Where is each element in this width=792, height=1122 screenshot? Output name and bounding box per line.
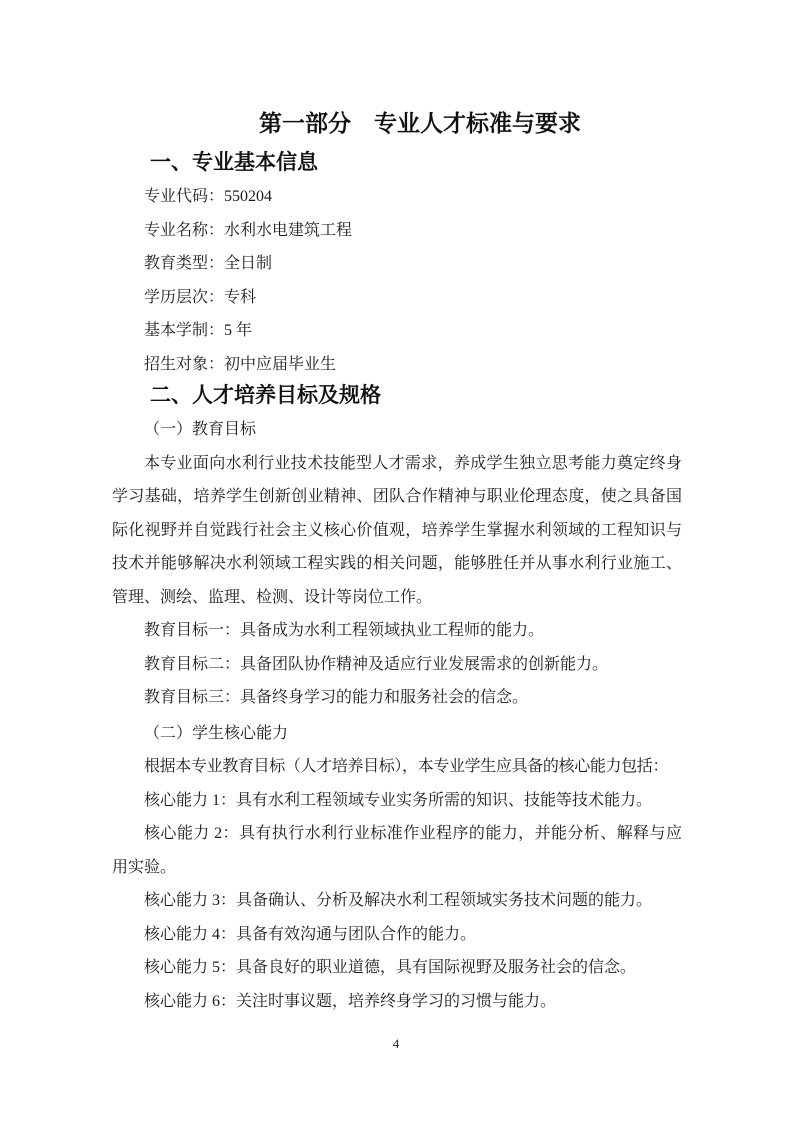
core-ability-2: 核心能力 2：具有执行水利行业标准作业程序的能力，并能分析、解释与应用实验。 [112, 817, 682, 884]
info-line-major-code: 专业代码：550204 [112, 180, 682, 214]
core-ability-4: 核心能力 4：具备有效沟通与团队合作的能力。 [112, 918, 682, 952]
core-competencies-intro: 根据本专业教育目标（人才培养目标），本专业学生应具备的核心能力包括： [112, 750, 682, 784]
education-goal-1: 教育目标一：具备成为水利工程领域执业工程师的能力。 [112, 614, 682, 648]
section-heading-training-objectives: 二、人才培养目标及规格 [112, 379, 682, 413]
info-line-education-level: 学历层次：专科 [112, 281, 682, 315]
info-line-major-name: 专业名称：水利水电建筑工程 [112, 214, 682, 248]
info-line-enrollment-target: 招生对象：初中应届毕业生 [112, 348, 682, 382]
document-page: 第一部分 专业人才标准与要求 一、专业基本信息 专业代码：550204 专业名称… [0, 0, 792, 1122]
education-objective-paragraph: 本专业面向水利行业技术技能型人才需求，养成学生独立思考能力奠定终身学习基础，培养… [112, 447, 682, 615]
document-title: 第一部分 专业人才标准与要求 [112, 106, 682, 140]
info-line-schooling-years: 基本学制：5 年 [112, 314, 682, 348]
info-line-education-type: 教育类型：全日制 [112, 247, 682, 281]
core-ability-3: 核心能力 3：具备确认、分析及解决水利工程领域实务技术问题的能力。 [112, 884, 682, 918]
core-ability-1: 核心能力 1：具有水利工程领域专业实务所需的知识、技能等技术能力。 [112, 784, 682, 818]
core-ability-5: 核心能力 5：具备良好的职业道德，具有国际视野及服务社会的信念。 [112, 951, 682, 985]
education-goal-2: 教育目标二：具备团队协作精神及适应行业发展需求的创新能力。 [112, 648, 682, 682]
subsection-heading-education-goals: （一）教育目标 [112, 413, 682, 447]
subsection-heading-core-competencies: （二）学生核心能力 [112, 717, 682, 751]
education-goal-3: 教育目标三：具备终身学习的能力和服务社会的信念。 [112, 681, 682, 715]
core-ability-6: 核心能力 6：关注时事议题，培养终身学习的习惯与能力。 [112, 985, 682, 1019]
page-number: 4 [0, 1036, 792, 1052]
section-heading-basic-info: 一、专业基本信息 [112, 146, 682, 180]
